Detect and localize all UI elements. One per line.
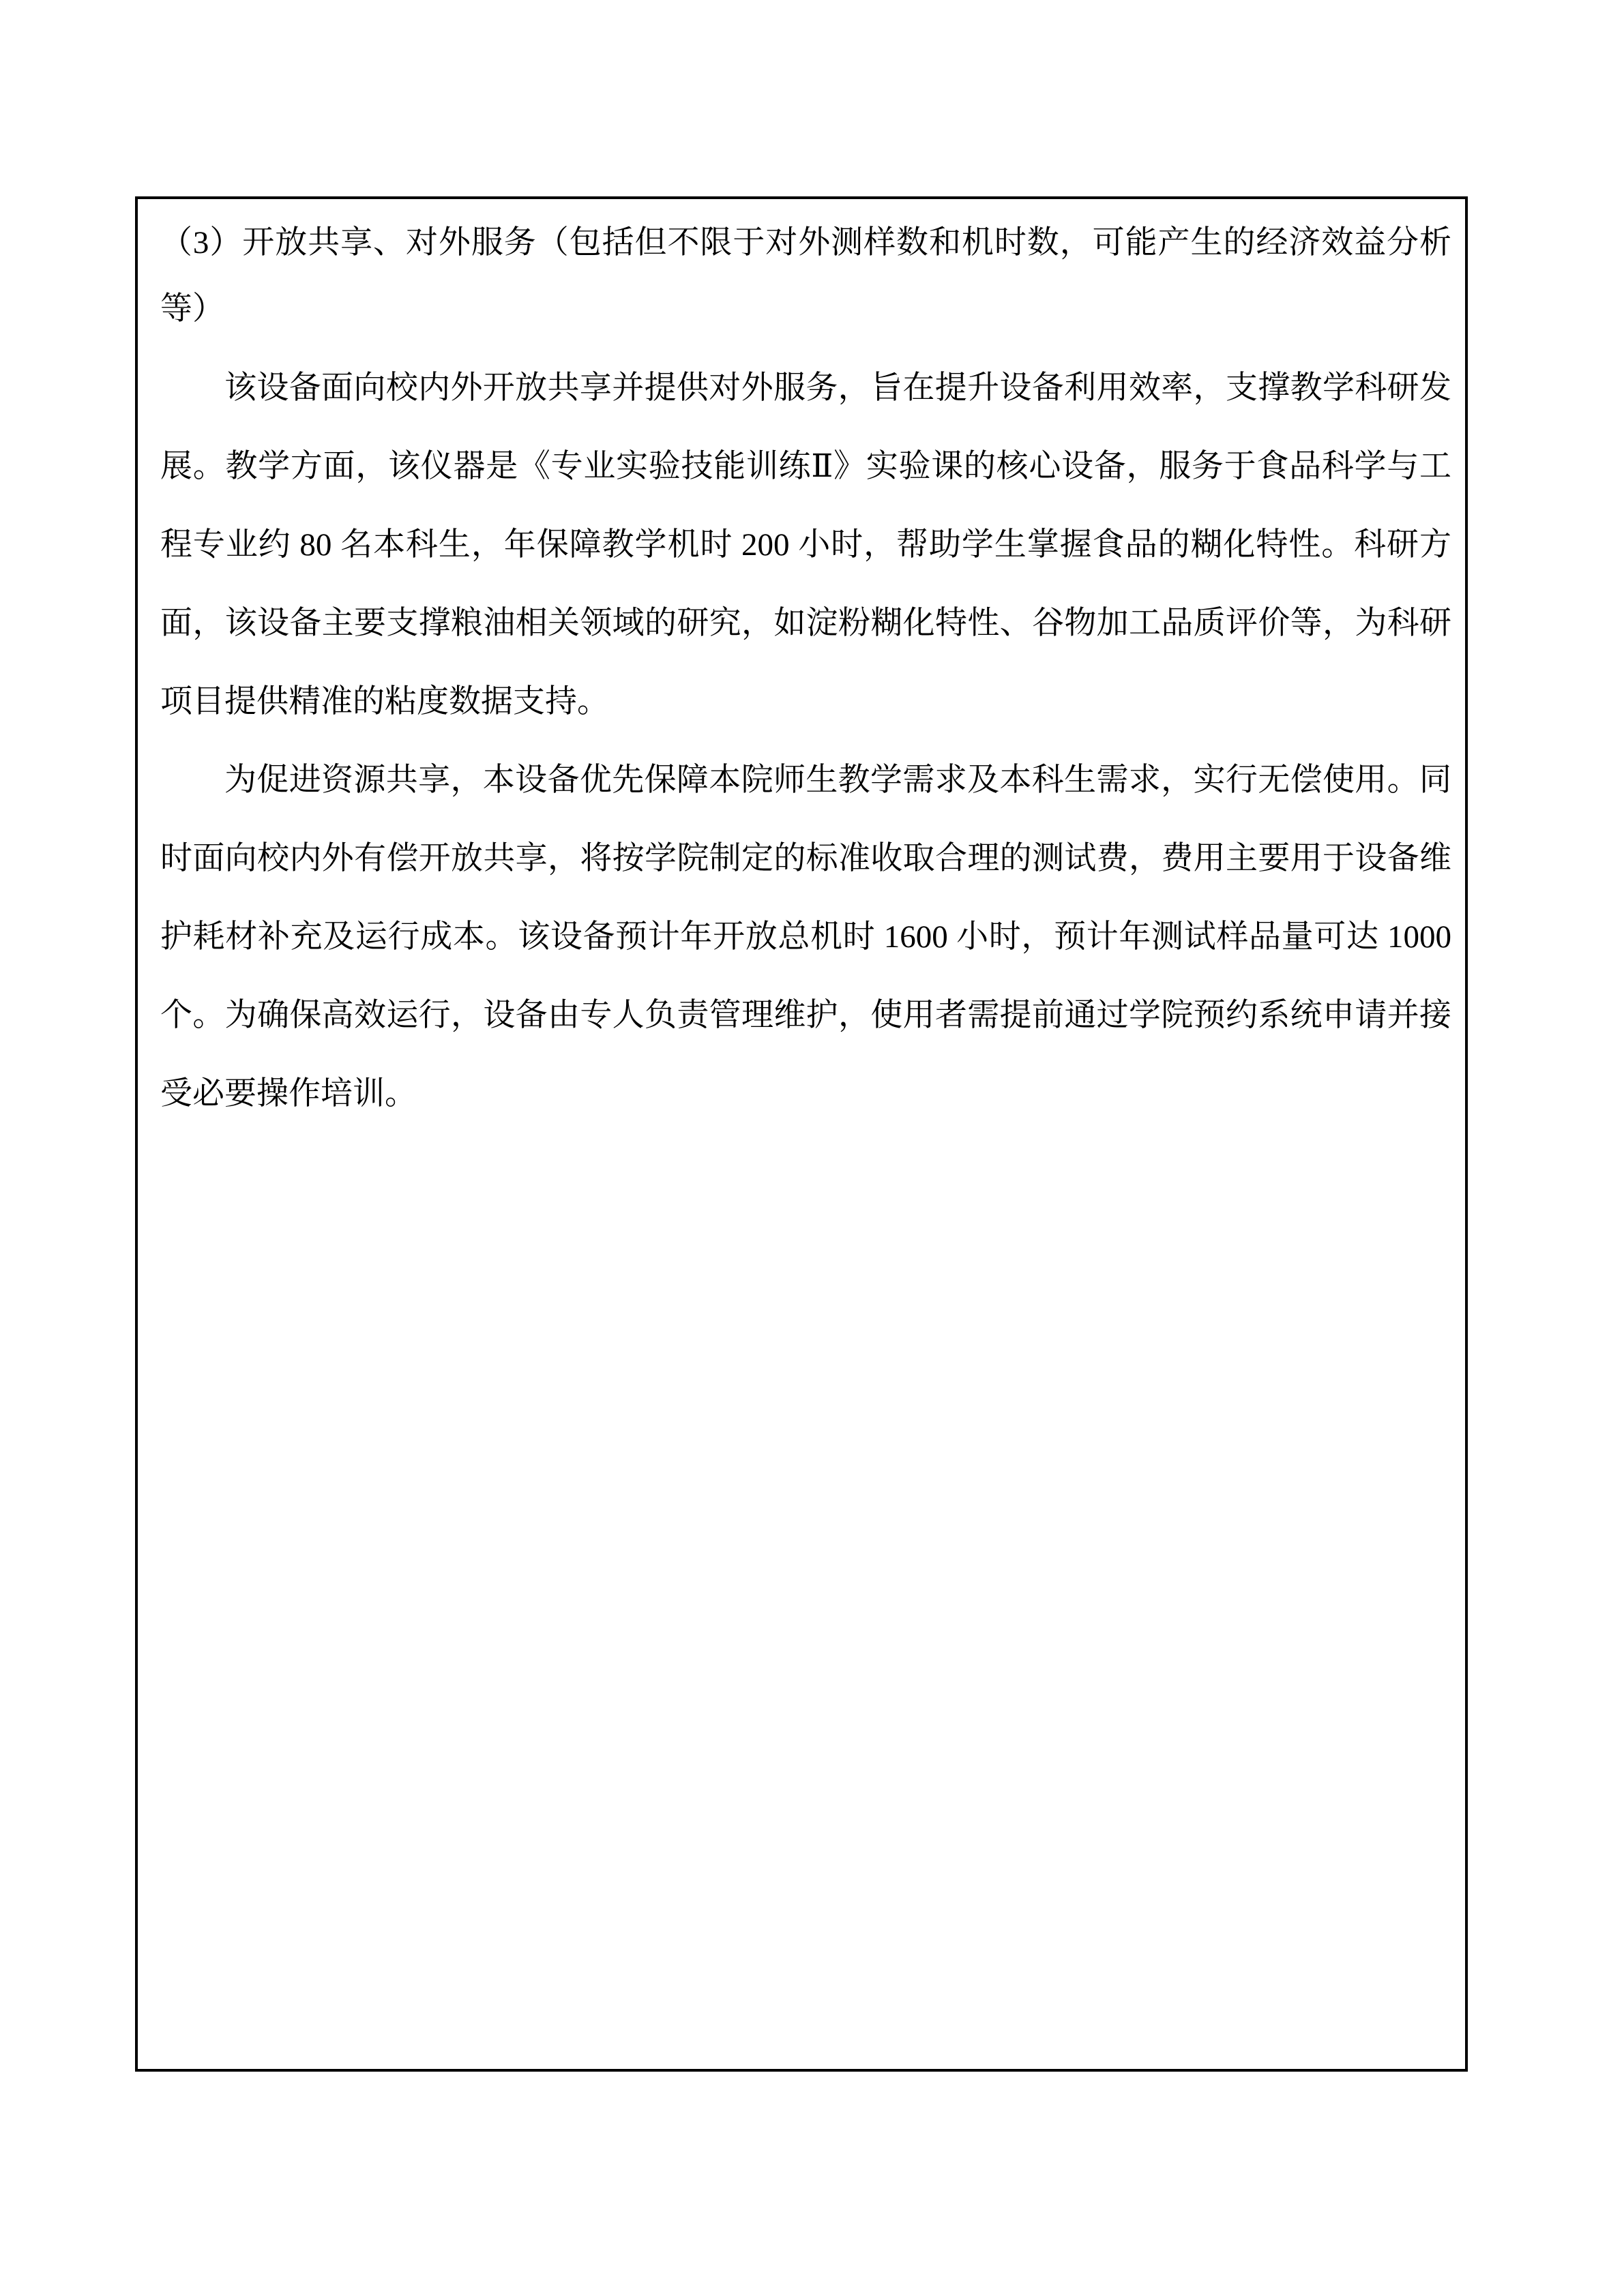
content-box: （3）开放共享、对外服务（包括但不限于对外测样数和机时数，可能产生的经济效益分析…: [135, 196, 1468, 2072]
paragraph-resource-sharing-policy: 为促进资源共享，本设备优先保障本院师生教学需求及本科生需求，实行无偿使用。同时面…: [160, 741, 1451, 1133]
section-heading: （3）开放共享、对外服务（包括但不限于对外测样数和机时数，可能产生的经济效益分析…: [160, 210, 1451, 342]
document-page: （3）开放共享、对外服务（包括但不限于对外测样数和机时数，可能产生的经济效益分析…: [0, 0, 1624, 2296]
paragraph-open-sharing-overview: 该设备面向校内外开放共享并提供对外服务，旨在提升设备利用效率，支撑教学科研发展。…: [160, 349, 1451, 741]
